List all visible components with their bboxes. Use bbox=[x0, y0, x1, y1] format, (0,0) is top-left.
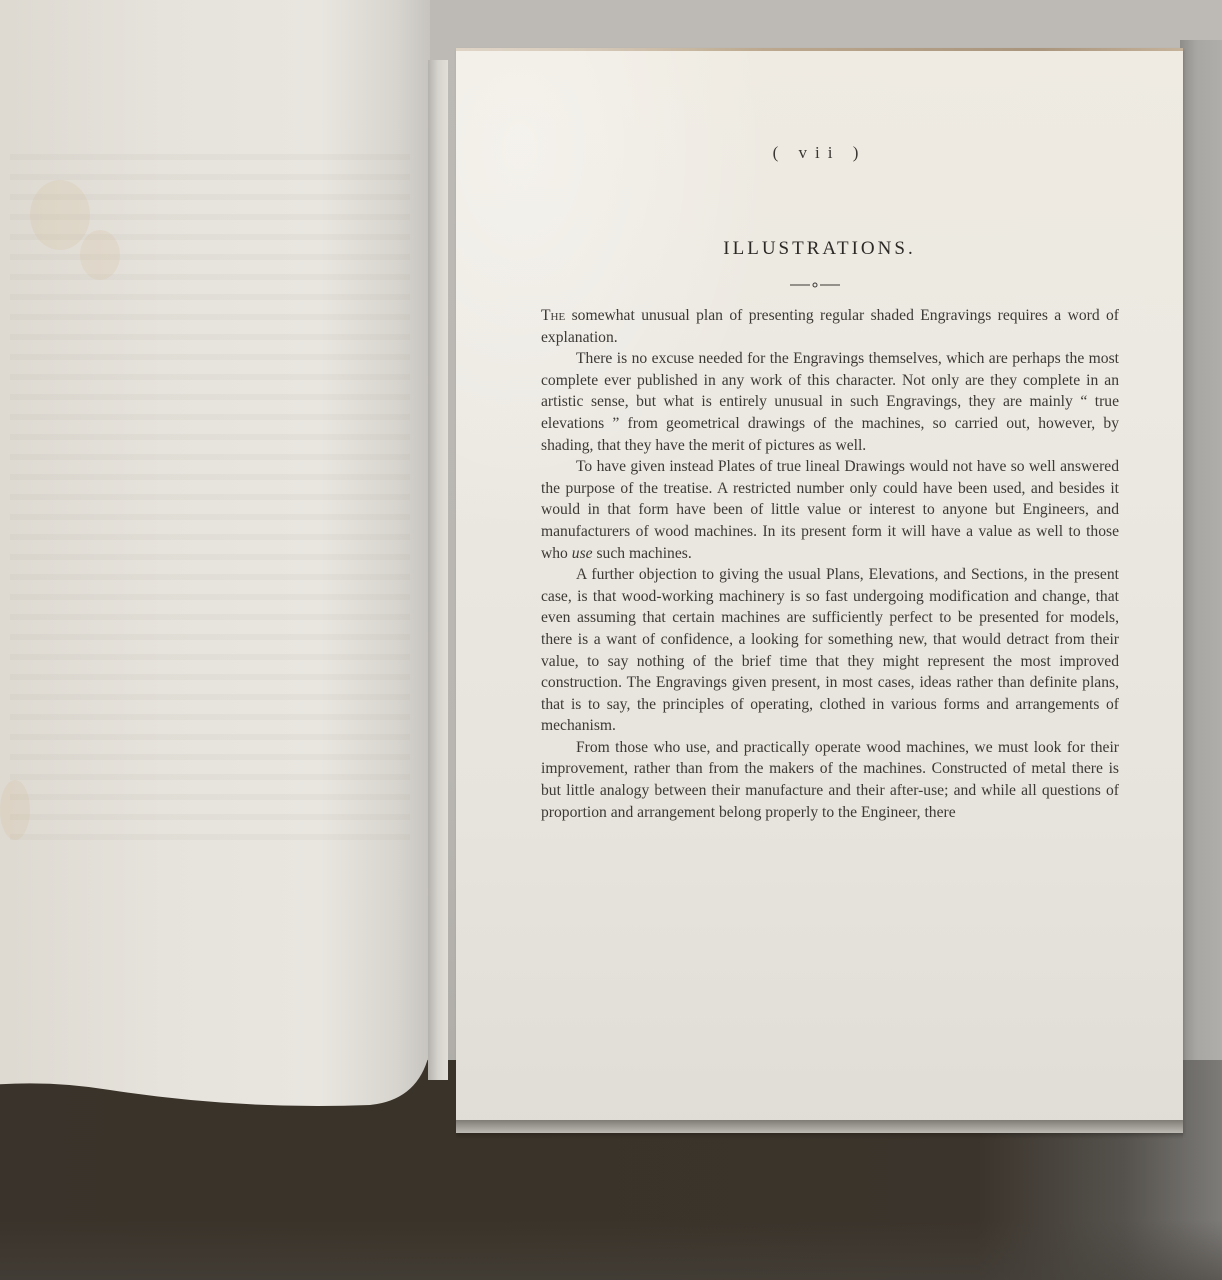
paragraph: The somewhat unusual plan of presenting … bbox=[541, 305, 1119, 348]
body-text: The somewhat unusual plan of presenting … bbox=[541, 305, 1119, 823]
paragraph: There is no excuse needed for the Engrav… bbox=[541, 348, 1119, 456]
lead-small-caps: The bbox=[541, 307, 565, 324]
surface-shadow bbox=[1180, 40, 1222, 1140]
rule-ornament-icon bbox=[790, 282, 840, 288]
paragraph: To have given instead Plates of true lin… bbox=[541, 456, 1119, 564]
left-page bbox=[0, 0, 430, 1110]
paragraph-text: somewhat unusual plan of presenting regu… bbox=[541, 307, 1119, 346]
foxing-stain bbox=[80, 230, 120, 280]
page-bottom-shadow bbox=[456, 1120, 1183, 1140]
page-title: ILLUSTRATIONS. bbox=[456, 238, 1183, 260]
italic-emphasis: use bbox=[572, 545, 593, 562]
book-gutter bbox=[428, 60, 448, 1080]
paragraph: From those who use, and practically oper… bbox=[541, 737, 1119, 823]
foxing-stain bbox=[30, 180, 90, 250]
paragraph: A further objection to giving the usual … bbox=[541, 564, 1119, 737]
page-number: ( vii ) bbox=[456, 143, 1183, 163]
foxing-stain bbox=[0, 780, 30, 840]
paragraph-text: such machines. bbox=[593, 545, 692, 562]
right-page: ( vii ) ILLUSTRATIONS. The somewhat unus… bbox=[456, 48, 1183, 1133]
